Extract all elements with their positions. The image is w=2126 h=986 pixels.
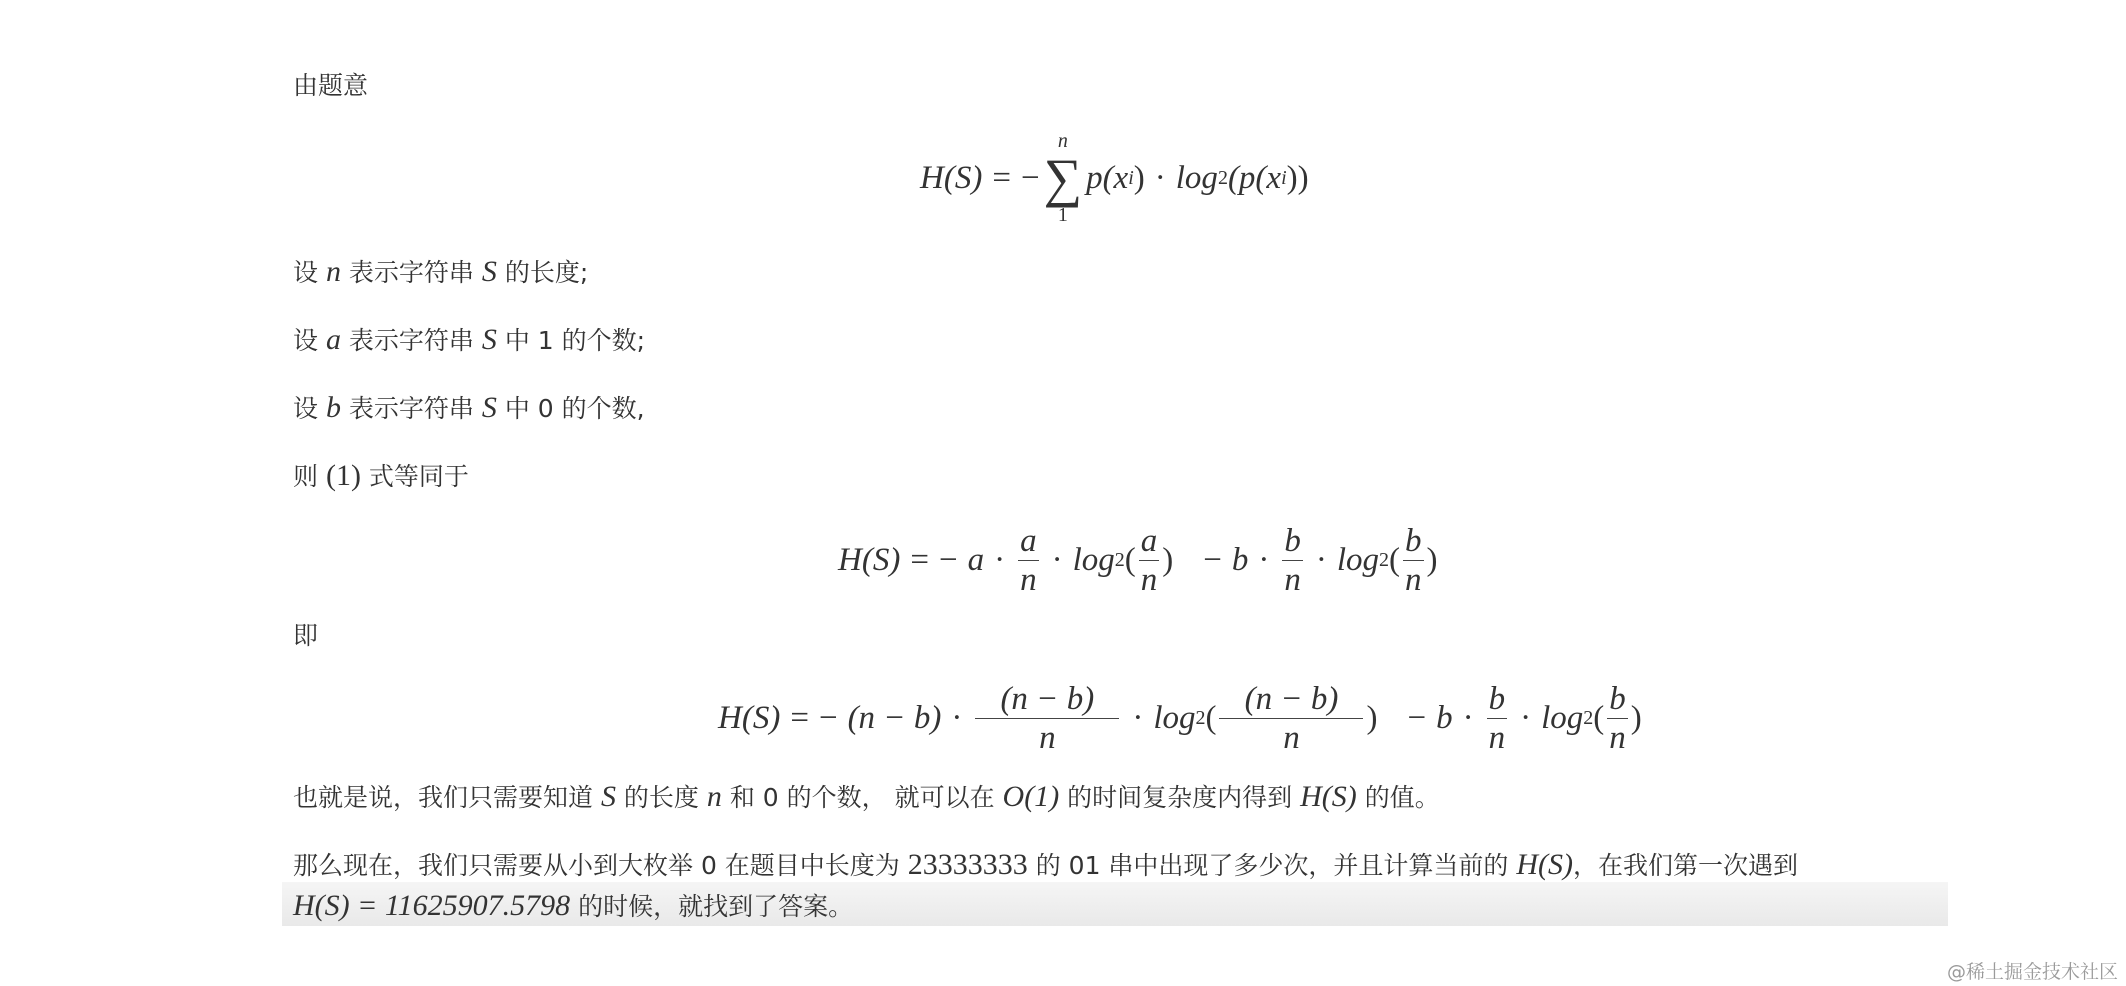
conclusion-text: 也就是说，我们只需要知道 xyxy=(293,783,593,812)
final-text: 那么现在，我们只需要从小到大枚举 0 在题目中长度为 xyxy=(293,851,900,880)
frac-den: n xyxy=(1139,560,1160,599)
def-text: 设 xyxy=(293,258,318,287)
final-line-1: 那么现在，我们只需要从小到大枚举 0 在题目中长度为 23333333 的 01… xyxy=(293,848,1798,883)
def-text: 的长度; xyxy=(505,258,588,287)
ji-text: 即 xyxy=(293,619,318,653)
formula-lhs: H(S) xyxy=(718,700,780,737)
conclusion-line: 也就是说，我们只需要知道 S 的长度 n 和 0 的个数， 就可以在 O(1) … xyxy=(293,780,1440,815)
final-text: 的 01 串中出现了多少次，并且计算当前的 xyxy=(1036,851,1509,880)
intro-text: 由题意 xyxy=(293,69,368,103)
def-text: 设 xyxy=(293,394,318,423)
frac-num: a xyxy=(1139,522,1160,560)
fraction-b-n: bn xyxy=(1607,680,1628,757)
var-a: a xyxy=(968,542,985,579)
frac-num: b xyxy=(1487,680,1508,718)
paren-open: ( xyxy=(1205,700,1216,737)
fraction-a-n: an xyxy=(1139,522,1160,599)
paren-close: ) xyxy=(1631,700,1642,737)
formula-lhs: H(S) xyxy=(920,160,982,197)
final-text: ，在我们第一次遇到 xyxy=(1573,851,1798,880)
var-s: S xyxy=(482,323,497,356)
frac-num: a xyxy=(1018,522,1039,560)
equiv-text: 则 xyxy=(293,462,318,491)
def-text: 设 xyxy=(293,326,318,355)
length-value: 23333333 xyxy=(908,848,1028,881)
log-base: 2 xyxy=(1115,549,1125,572)
formula-log-base: 2 xyxy=(1218,167,1228,190)
paren-close: ) xyxy=(1366,700,1377,737)
entropy-formula: H(S) = − n ∑ 1 p(xi) · log2(p(xi)) xyxy=(920,124,1309,232)
frac-den: n xyxy=(1282,560,1303,599)
def-text: 表示字符串 xyxy=(349,258,474,287)
def-text: 中 0 的个数, xyxy=(505,394,645,423)
formula-log: log xyxy=(1073,542,1115,579)
formula-dot: · xyxy=(1155,160,1166,197)
formula-log-close: )) xyxy=(1287,160,1309,197)
frac-num: (n − b) xyxy=(998,680,1096,718)
fraction-nb-n: (n − b)n xyxy=(975,680,1119,757)
conclusion-text: 和 0 的个数， 就可以在 xyxy=(730,783,995,812)
formula-minus: − xyxy=(1203,542,1222,579)
conclusion-text: 的长度 xyxy=(624,783,699,812)
log-base: 2 xyxy=(1583,707,1593,730)
frac-num: (n − b) xyxy=(1243,680,1341,718)
formula-dot: · xyxy=(1316,542,1327,579)
def-a-line: 设 a 表示字符串 S 中 1 的个数; xyxy=(293,323,645,358)
log-base: 2 xyxy=(1379,549,1389,572)
def-text: 表示字符串 xyxy=(349,326,474,355)
equiv-text: 式等同于 xyxy=(369,462,469,491)
formula-dot: · xyxy=(1463,700,1474,737)
frac-den: n xyxy=(1607,718,1628,757)
frac-num: b xyxy=(1403,522,1424,560)
frac-num: b xyxy=(1607,680,1628,718)
fraction-b-n: bn xyxy=(1282,522,1303,599)
var-s: S xyxy=(482,255,497,288)
conclusion-text: 的值。 xyxy=(1365,783,1440,812)
formula-minus: − xyxy=(939,542,958,579)
n-minus-b: (n − b) xyxy=(848,700,942,737)
formula-log: log xyxy=(1176,160,1218,197)
formula-lhs: H(S) xyxy=(838,542,900,579)
def-text: 中 1 的个数; xyxy=(505,326,645,355)
paren-open: ( xyxy=(1593,700,1604,737)
fraction-nb-n: (n − b)n xyxy=(1219,680,1363,757)
var-b: b xyxy=(1232,542,1249,579)
def-text: 表示字符串 xyxy=(349,394,474,423)
frac-den: n xyxy=(1219,718,1363,757)
equiv-line: 则 (1) 式等同于 xyxy=(293,459,469,494)
log-base: 2 xyxy=(1195,707,1205,730)
formula-dot: · xyxy=(1132,700,1143,737)
formula-dot: · xyxy=(1052,542,1063,579)
formula-dot: · xyxy=(994,542,1005,579)
formula-close: ) xyxy=(1134,160,1145,197)
var-b: b xyxy=(326,391,341,424)
var-a: a xyxy=(326,323,341,356)
formula-dot: · xyxy=(1520,700,1531,737)
formula-eq: = xyxy=(910,542,929,579)
final-text: 的时候，就找到了答案。 xyxy=(578,892,853,921)
def-n-line: 设 n 表示字符串 S 的长度; xyxy=(293,255,588,290)
formula-eq: = xyxy=(992,160,1011,197)
paren-close: ) xyxy=(1427,542,1438,579)
formula-ab: H(S) = − a · an · log2( an ) − b · bn · … xyxy=(838,518,1438,602)
var-hs: H(S) xyxy=(1516,848,1573,881)
var-s: S xyxy=(601,780,616,813)
formula-log: log xyxy=(1337,542,1379,579)
var-s: S xyxy=(482,391,497,424)
final-line-2: H(S) = 11625907.5798 的时候，就找到了答案。 xyxy=(293,889,853,924)
formula-minus: − xyxy=(1021,160,1040,197)
formula-dot: · xyxy=(951,700,962,737)
big-o: O(1) xyxy=(1003,780,1060,813)
formula-p: p(x xyxy=(1086,160,1128,197)
watermark: @稀土掘金技术社区 xyxy=(1947,957,2118,984)
var-hs: H(S) xyxy=(1300,780,1357,813)
frac-num: b xyxy=(1282,522,1303,560)
var-n: n xyxy=(707,780,722,813)
summation: n ∑ 1 xyxy=(1044,129,1083,227)
sum-lower: 1 xyxy=(1058,203,1068,227)
frac-den: n xyxy=(1018,560,1039,599)
fraction-b-n: bn xyxy=(1487,680,1508,757)
sigma-icon: ∑ xyxy=(1044,153,1083,203)
frac-den: n xyxy=(975,718,1119,757)
fraction-a-n: an xyxy=(1018,522,1039,599)
formula-minus: − xyxy=(1407,700,1426,737)
conclusion-text: 的时间复杂度内得到 xyxy=(1067,783,1292,812)
frac-den: n xyxy=(1403,560,1424,599)
var-n: n xyxy=(326,255,341,288)
def-b-line: 设 b 表示字符串 S 中 0 的个数, xyxy=(293,391,645,426)
fraction-b-n: bn xyxy=(1403,522,1424,599)
formula-minus: − xyxy=(819,700,838,737)
target-value: H(S) = 11625907.5798 xyxy=(293,889,570,922)
formula-log: log xyxy=(1153,700,1195,737)
formula-eq: = xyxy=(790,700,809,737)
formula-dot: · xyxy=(1258,542,1269,579)
equation-ref: (1) xyxy=(326,459,361,492)
frac-den: n xyxy=(1487,718,1508,757)
var-b: b xyxy=(1436,700,1453,737)
formula-log: log xyxy=(1541,700,1583,737)
paren-close: ) xyxy=(1162,542,1173,579)
formula-nb: H(S) = − (n − b) · (n − b)n · log2( (n −… xyxy=(718,676,1642,760)
formula-log-arg: (p(x xyxy=(1228,160,1281,197)
paren-open: ( xyxy=(1125,542,1136,579)
paren-open: ( xyxy=(1389,542,1400,579)
